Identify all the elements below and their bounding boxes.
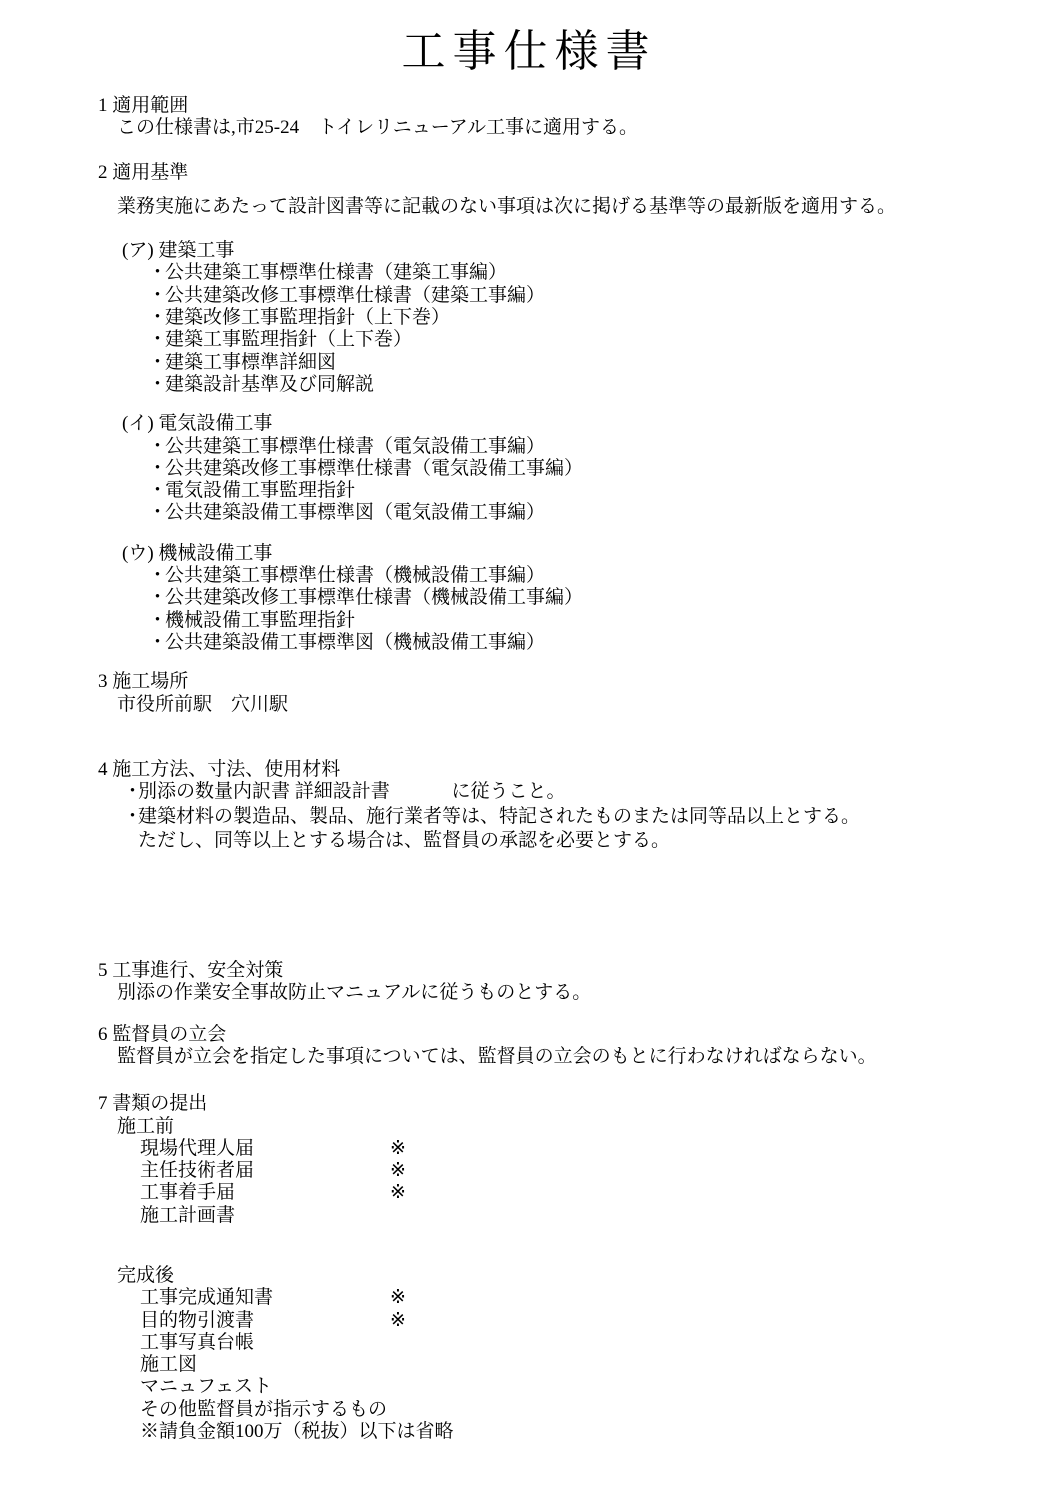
- document-item: 施工図: [0, 1354, 1058, 1376]
- bullet-icon: ・: [123, 806, 138, 828]
- group-a-heading: (ア) 建築工事: [0, 240, 1058, 262]
- section-6-body: 監督員が立会を指定した事項については、監督員の立会のもとに行わなければならない。: [0, 1046, 1058, 1068]
- line-text: 電気設備工事監理指針: [165, 480, 355, 501]
- bullet-icon: ・: [148, 307, 165, 329]
- line-text: 施工図: [140, 1354, 197, 1375]
- list-item: ・公共建築設備工事標準図（機械設備工事編）: [0, 632, 1058, 654]
- list-item: ・別添の数量内訳書 詳細設計書 に従うこと。: [0, 781, 1058, 803]
- section-5-body: 別添の作業安全事故防止マニュアルに従うものとする。: [0, 982, 1058, 1004]
- line-text: 業務実施にあたって設計図書等に記載のない事項は次に掲げる基準等の最新版を適用する…: [117, 196, 896, 217]
- line-text: 4 施工方法、寸法、使用材料: [98, 759, 340, 780]
- list-item: ・電気設備工事監理指針: [0, 480, 1058, 502]
- section-3-body: 市役所前駅 穴川駅: [0, 694, 1058, 716]
- line-text: 建築工事監理指針（上下巻）: [165, 329, 412, 350]
- line-text: 公共建築設備工事標準図（電気設備工事編）: [165, 502, 545, 523]
- list-item-continuation: ただし、同等以上とする場合は、監督員の承認を必要とする。: [0, 830, 1058, 852]
- line-text: 建築工事標準詳細図: [165, 352, 336, 373]
- line-text: 現場代理人届: [140, 1138, 254, 1159]
- document-item: 施工計画書: [0, 1205, 1058, 1227]
- list-item: ・建築設計基準及び同解説: [0, 374, 1058, 396]
- section-3-heading: 3 施工場所: [0, 671, 1058, 693]
- bullet-icon: ・: [148, 565, 165, 587]
- line-text: 機械設備工事監理指針: [165, 610, 355, 631]
- section-2-body: 業務実施にあたって設計図書等に記載のない事項は次に掲げる基準等の最新版を適用する…: [0, 196, 1058, 218]
- line-text: (ア) 建築工事: [122, 240, 234, 261]
- bullet-icon: ・: [148, 632, 165, 654]
- line-text: 完成後: [117, 1265, 174, 1286]
- line-text: 目的物引渡書: [140, 1310, 254, 1331]
- required-mark: ※: [390, 1310, 406, 1332]
- bullet-icon: ・: [123, 781, 138, 803]
- document-body: 1 適用範囲この仕様書は,市25-24 トイレリニューアル工事に適用する。2 適…: [0, 95, 1058, 1443]
- document-item: マニュフェスト: [0, 1376, 1058, 1398]
- line-text: 主任技術者届: [140, 1160, 254, 1181]
- line-text: 公共建築改修工事標準仕様書（電気設備工事編）: [165, 458, 583, 479]
- line-text: 建築設計基準及び同解説: [165, 374, 374, 395]
- group-i-heading: (イ) 電気設備工事: [0, 413, 1058, 435]
- line-text: 7 書類の提出: [98, 1093, 207, 1114]
- list-item: ・公共建築工事標準仕様書（機械設備工事編）: [0, 565, 1058, 587]
- line-text: 公共建築工事標準仕様書（電気設備工事編）: [165, 436, 545, 457]
- list-item: ・公共建築工事標準仕様書（電気設備工事編）: [0, 436, 1058, 458]
- line-text: (イ) 電気設備工事: [122, 413, 272, 434]
- bullet-icon: ・: [148, 374, 165, 396]
- required-mark: ※: [390, 1160, 406, 1182]
- line-text: その他監督員が指示するもの: [140, 1399, 387, 1420]
- document-title: 工事仕様書: [0, 28, 1058, 76]
- required-mark: ※: [390, 1138, 406, 1160]
- bullet-icon: ・: [148, 436, 165, 458]
- list-item: ・公共建築工事標準仕様書（建築工事編）: [0, 262, 1058, 284]
- bullet-icon: ・: [148, 262, 165, 284]
- document-item: 工事完成通知書※: [0, 1287, 1058, 1309]
- line-text: 施工前: [117, 1116, 174, 1137]
- line-text: 公共建築工事標準仕様書（建築工事編）: [165, 262, 507, 283]
- section-1-heading: 1 適用範囲: [0, 95, 1058, 117]
- required-mark: ※: [390, 1182, 406, 1204]
- line-text: 施工計画書: [140, 1205, 235, 1226]
- document-item: 工事着手届※: [0, 1182, 1058, 1204]
- section-1-body: この仕様書は,市25-24 トイレリニューアル工事に適用する。: [0, 117, 1058, 139]
- line-text: 工事着手届: [140, 1182, 235, 1203]
- line-text: 工事完成通知書: [140, 1287, 273, 1308]
- section-5-heading: 5 工事進行、安全対策: [0, 960, 1058, 982]
- section-7-heading: 7 書類の提出: [0, 1093, 1058, 1115]
- section-2-heading: 2 適用基準: [0, 162, 1058, 184]
- line-text: 2 適用基準: [98, 162, 188, 183]
- list-item: ・公共建築改修工事標準仕様書（電気設備工事編）: [0, 458, 1058, 480]
- line-text: 別添の数量内訳書 詳細設計書 に従うこと。: [138, 781, 566, 802]
- list-item: ・建築材料の製造品、製品、施行業者等は、特記されたものまたは同等品以上とする。: [0, 806, 1058, 828]
- list-item: ・建築工事標準詳細図: [0, 352, 1058, 374]
- bullet-icon: ・: [148, 480, 165, 502]
- document-item: 工事写真台帳: [0, 1332, 1058, 1354]
- list-item: ・公共建築改修工事標準仕様書（機械設備工事編）: [0, 587, 1058, 609]
- line-text: ただし、同等以上とする場合は、監督員の承認を必要とする。: [138, 830, 670, 851]
- list-item: ・機械設備工事監理指針: [0, 610, 1058, 632]
- section-4-heading: 4 施工方法、寸法、使用材料: [0, 759, 1058, 781]
- bullet-icon: ・: [148, 329, 165, 351]
- bullet-icon: ・: [148, 610, 165, 632]
- line-text: 6 監督員の立会: [98, 1024, 226, 1045]
- bullet-icon: ・: [148, 502, 165, 524]
- line-text: 公共建築設備工事標準図（機械設備工事編）: [165, 632, 545, 653]
- list-item: ・公共建築設備工事標準図（電気設備工事編）: [0, 502, 1058, 524]
- required-mark: ※: [390, 1287, 406, 1309]
- line-text: (ウ) 機械設備工事: [122, 543, 272, 564]
- document-item: 目的物引渡書※: [0, 1310, 1058, 1332]
- bullet-icon: ・: [148, 458, 165, 480]
- phase-after-heading: 完成後: [0, 1265, 1058, 1287]
- omission-note: ※請負金額100万（税抜）以下は省略: [0, 1421, 1058, 1443]
- line-text: 公共建築改修工事標準仕様書（建築工事編）: [165, 285, 545, 306]
- bullet-icon: ・: [148, 587, 165, 609]
- line-text: この仕様書は,市25-24 トイレリニューアル工事に適用する。: [117, 117, 638, 138]
- line-text: 1 適用範囲: [98, 95, 188, 116]
- line-text: 市役所前駅 穴川駅: [117, 694, 288, 715]
- line-text: ※請負金額100万（税抜）以下は省略: [140, 1421, 454, 1442]
- line-text: 建築材料の製造品、製品、施行業者等は、特記されたものまたは同等品以上とする。: [138, 806, 860, 827]
- line-text: 公共建築改修工事標準仕様書（機械設備工事編）: [165, 587, 583, 608]
- section-6-heading: 6 監督員の立会: [0, 1024, 1058, 1046]
- line-text: 監督員が立会を指定した事項については、監督員の立会のもとに行わなければならない。: [117, 1046, 877, 1067]
- document-item: 主任技術者届※: [0, 1160, 1058, 1182]
- document-item: その他監督員が指示するもの: [0, 1399, 1058, 1421]
- list-item: ・公共建築改修工事標準仕様書（建築工事編）: [0, 285, 1058, 307]
- line-text: 建築改修工事監理指針（上下巻）: [165, 307, 450, 328]
- line-text: 3 施工場所: [98, 671, 188, 692]
- line-text: 5 工事進行、安全対策: [98, 960, 283, 981]
- line-text: 公共建築工事標準仕様書（機械設備工事編）: [165, 565, 545, 586]
- document-item: 現場代理人届※: [0, 1138, 1058, 1160]
- bullet-icon: ・: [148, 352, 165, 374]
- bullet-icon: ・: [148, 285, 165, 307]
- list-item: ・建築工事監理指針（上下巻）: [0, 329, 1058, 351]
- line-text: 工事写真台帳: [140, 1332, 254, 1353]
- list-item: ・建築改修工事監理指針（上下巻）: [0, 307, 1058, 329]
- phase-before-heading: 施工前: [0, 1116, 1058, 1138]
- group-u-heading: (ウ) 機械設備工事: [0, 543, 1058, 565]
- line-text: マニュフェスト: [140, 1376, 272, 1397]
- line-text: 別添の作業安全事故防止マニュアルに従うものとする。: [117, 982, 591, 1003]
- specification-document-page: 工事仕様書 1 適用範囲この仕様書は,市25-24 トイレリニューアル工事に適用…: [0, 0, 1058, 1496]
